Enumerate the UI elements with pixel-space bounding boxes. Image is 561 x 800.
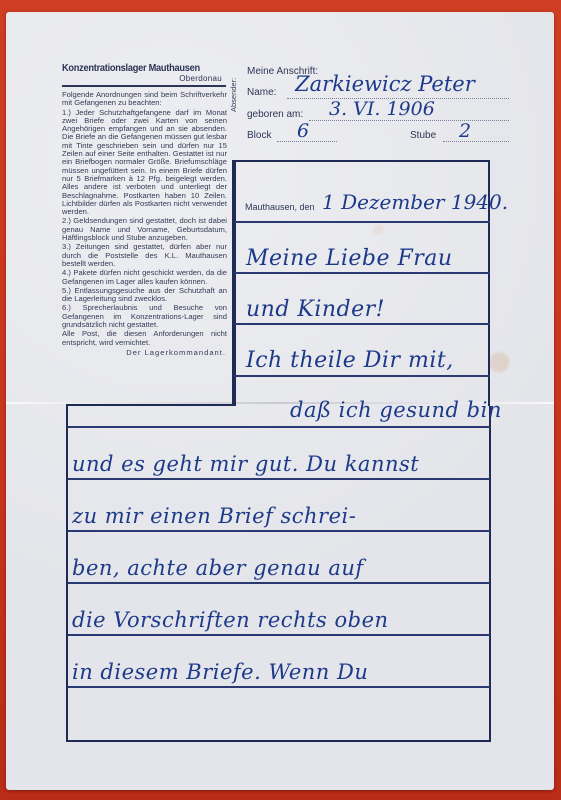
letter-line-5[interactable]: und es geht mir gut. Du kannst	[72, 452, 419, 476]
born-dotted-line	[309, 120, 509, 121]
title-divider	[62, 85, 226, 87]
camp-region: Oberdonau	[62, 74, 232, 83]
regulation-item: 6.) Sprecherlaubnis und Besuche von Gefa…	[62, 304, 227, 329]
ruled-line	[234, 375, 490, 377]
regulation-item: 1.) Jeder Schutzhaftgefangene darf im Mo…	[62, 109, 227, 217]
commandant-signature: Der Lagerkommandant.	[62, 348, 232, 357]
regulations-closing: Alle Post, die diesen Anforderungen nich…	[62, 330, 227, 347]
stube-label: Stube	[410, 130, 436, 141]
letter-line-9[interactable]: in diesem Briefe. Wenn Du	[72, 660, 368, 684]
ruled-line	[68, 426, 490, 428]
letter-line-6[interactable]: zu mir einen Brief schrei-	[72, 504, 356, 528]
regulations-intro: Folgende Anordnungen sind beim Schriftve…	[62, 91, 227, 108]
ruled-line	[68, 478, 490, 480]
ruled-line	[234, 221, 490, 223]
block-value[interactable]: 6	[297, 120, 309, 142]
ruled-line	[234, 272, 490, 274]
letter-line-8[interactable]: die Vorschriften rechts oben	[72, 608, 389, 632]
letter-line-3[interactable]: Ich theile Dir mit,	[246, 348, 454, 373]
writing-frame-inner-edge	[232, 160, 234, 406]
ruled-line	[68, 686, 490, 688]
sender-side-label: Absender:	[229, 78, 238, 112]
letter-line-1[interactable]: Meine Liebe Frau	[246, 246, 453, 271]
name-value[interactable]: Zarkiewicz Peter	[295, 72, 475, 96]
letter-line-7[interactable]: ben, achte aber genau auf	[72, 556, 364, 580]
ruled-line	[68, 530, 490, 532]
letter-line-2[interactable]: und Kinder!	[246, 297, 385, 322]
letter-line-4[interactable]: daß ich gesund bin	[290, 398, 502, 422]
regulations-panel: Konzentrationslager Mauthausen Oberdonau…	[62, 62, 232, 357]
letter-date[interactable]: 1 Dezember 1940.	[322, 190, 508, 214]
regulation-item: 5.) Entlassungsgesuche aus der Schutzhaf…	[62, 287, 227, 304]
born-label: geboren am:	[247, 109, 303, 120]
ruled-line	[68, 582, 490, 584]
regulations-text: Folgende Anordnungen sind beim Schriftve…	[62, 91, 227, 347]
name-label: Name:	[247, 87, 276, 98]
born-value[interactable]: 3. VI. 1906	[329, 98, 435, 120]
regulation-item: 2.) Geldsendungen sind gestattet, doch i…	[62, 217, 227, 242]
ruled-line	[234, 323, 490, 325]
regulation-item: 3.) Zeitungen sind gestattet, dürfen abe…	[62, 243, 227, 268]
stube-dotted-line	[443, 141, 509, 142]
regulation-item: 4.) Pakete dürfen nicht geschickt werden…	[62, 269, 227, 286]
place-date-label: Mauthausen, den	[245, 202, 315, 212]
block-label: Block	[247, 130, 271, 141]
camp-title: Konzentrationslager Mauthausen	[62, 62, 212, 74]
ruled-line	[68, 634, 490, 636]
stube-value[interactable]: 2	[459, 120, 471, 142]
